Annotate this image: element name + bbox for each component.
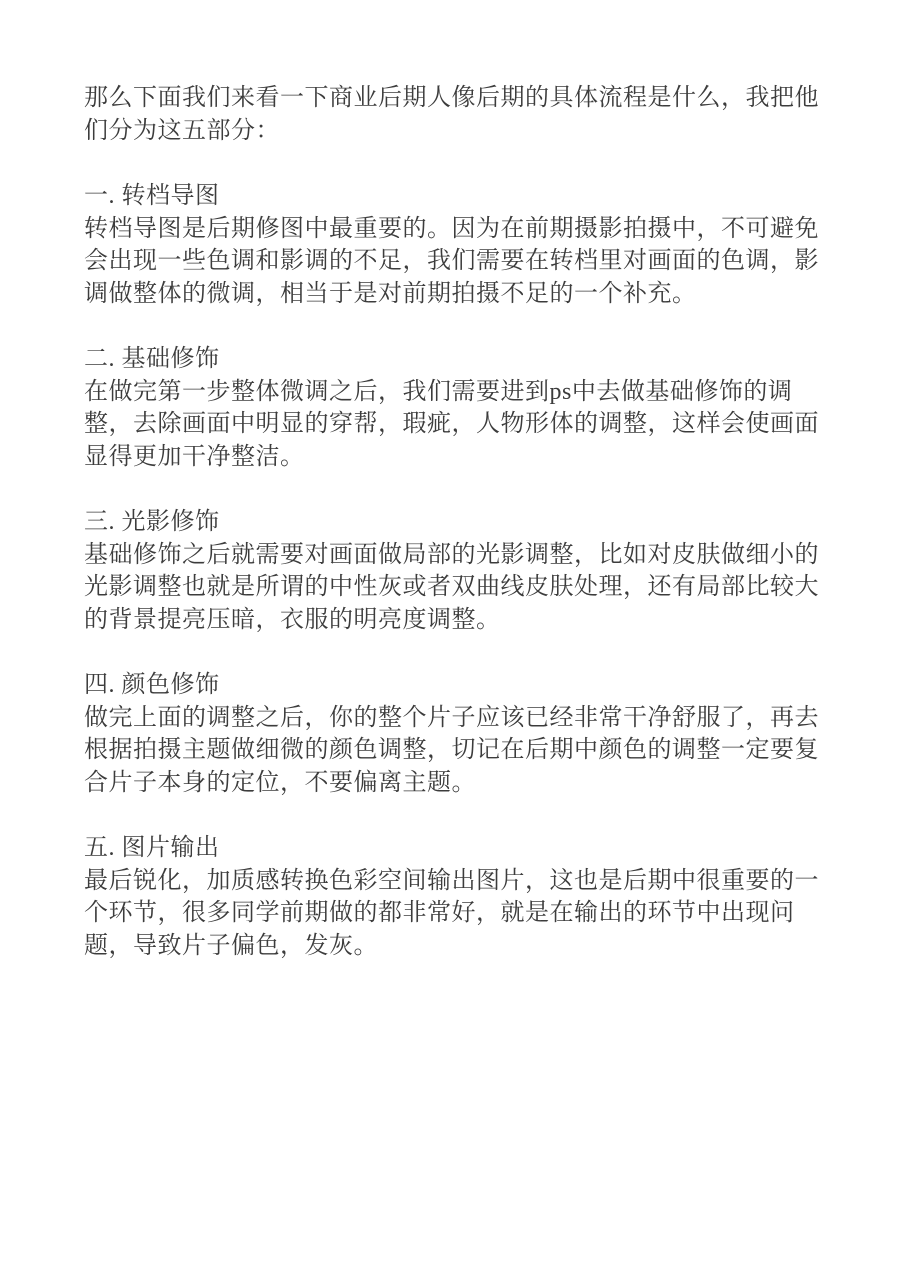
section-2-title: 二. 基础修饰: [84, 343, 822, 376]
section-4-line: 根据拍摄主题做细微的颜色调整，切记在后期中颜色的调整一定要复: [84, 734, 822, 767]
intro-line: 那么下面我们来看一下商业后期人像后期的具体流程是什么，我把他: [84, 82, 822, 115]
section-5-line: 题，导致片子偏色，发灰。: [84, 930, 822, 963]
intro-line: 们分为这五部分：: [84, 115, 822, 148]
section-2-line: 整，去除画面中明显的穿帮，瑕疵，人物形体的调整，这样会使画面: [84, 408, 822, 441]
section-3-line: 光影调整也就是所谓的中性灰或者双曲线皮肤处理，还有局部比较大: [84, 571, 822, 604]
section-2-line: 在做完第一步整体微调之后，我们需要进到ps中去做基础修饰的调: [84, 376, 822, 409]
section-4-line: 合片子本身的定位，不要偏离主题。: [84, 767, 822, 800]
section-3-light-shadow: 三. 光影修饰 基础修饰之后就需要对画面做局部的光影调整，比如对皮肤做细小的 光…: [84, 506, 822, 636]
section-1-title: 一. 转档导图: [84, 180, 822, 213]
section-4-line: 做完上面的调整之后，你的整个片子应该已经非常干净舒服了，再去: [84, 702, 822, 735]
section-3-line: 的背景提亮压暗，衣服的明亮度调整。: [84, 604, 822, 637]
section-5-image-output: 五. 图片输出 最后锐化，加质感转换色彩空间输出图片，这也是后期中很重要的一 个…: [84, 832, 822, 962]
section-1-line: 调做整体的微调，相当于是对前期拍摄不足的一个补充。: [84, 278, 822, 311]
intro-paragraph: 那么下面我们来看一下商业后期人像后期的具体流程是什么，我把他 们分为这五部分：: [84, 82, 822, 147]
section-2-basic-retouch: 二. 基础修饰 在做完第一步整体微调之后，我们需要进到ps中去做基础修饰的调 整…: [84, 343, 822, 473]
section-1-line: 会出现一些色调和影调的不足，我们需要在转档里对画面的色调，影: [84, 245, 822, 278]
section-5-title: 五. 图片输出: [84, 832, 822, 865]
section-1-transcode: 一. 转档导图 转档导图是后期修图中最重要的。因为在前期摄影拍摄中，不可避免 会…: [84, 180, 822, 310]
section-4-title: 四. 颜色修饰: [84, 669, 822, 702]
section-5-line: 最后锐化，加质感转换色彩空间输出图片，这也是后期中很重要的一: [84, 865, 822, 898]
document-page: 那么下面我们来看一下商业后期人像后期的具体流程是什么，我把他 们分为这五部分： …: [0, 0, 900, 1274]
section-5-line: 个环节，很多同学前期做的都非常好，就是在输出的环节中出现问: [84, 897, 822, 930]
section-2-line: 显得更加干净整洁。: [84, 441, 822, 474]
section-4-color-retouch: 四. 颜色修饰 做完上面的调整之后，你的整个片子应该已经非常干净舒服了，再去 根…: [84, 669, 822, 799]
section-3-title: 三. 光影修饰: [84, 506, 822, 539]
section-3-line: 基础修饰之后就需要对画面做局部的光影调整，比如对皮肤做细小的: [84, 539, 822, 572]
section-1-line: 转档导图是后期修图中最重要的。因为在前期摄影拍摄中，不可避免: [84, 213, 822, 246]
